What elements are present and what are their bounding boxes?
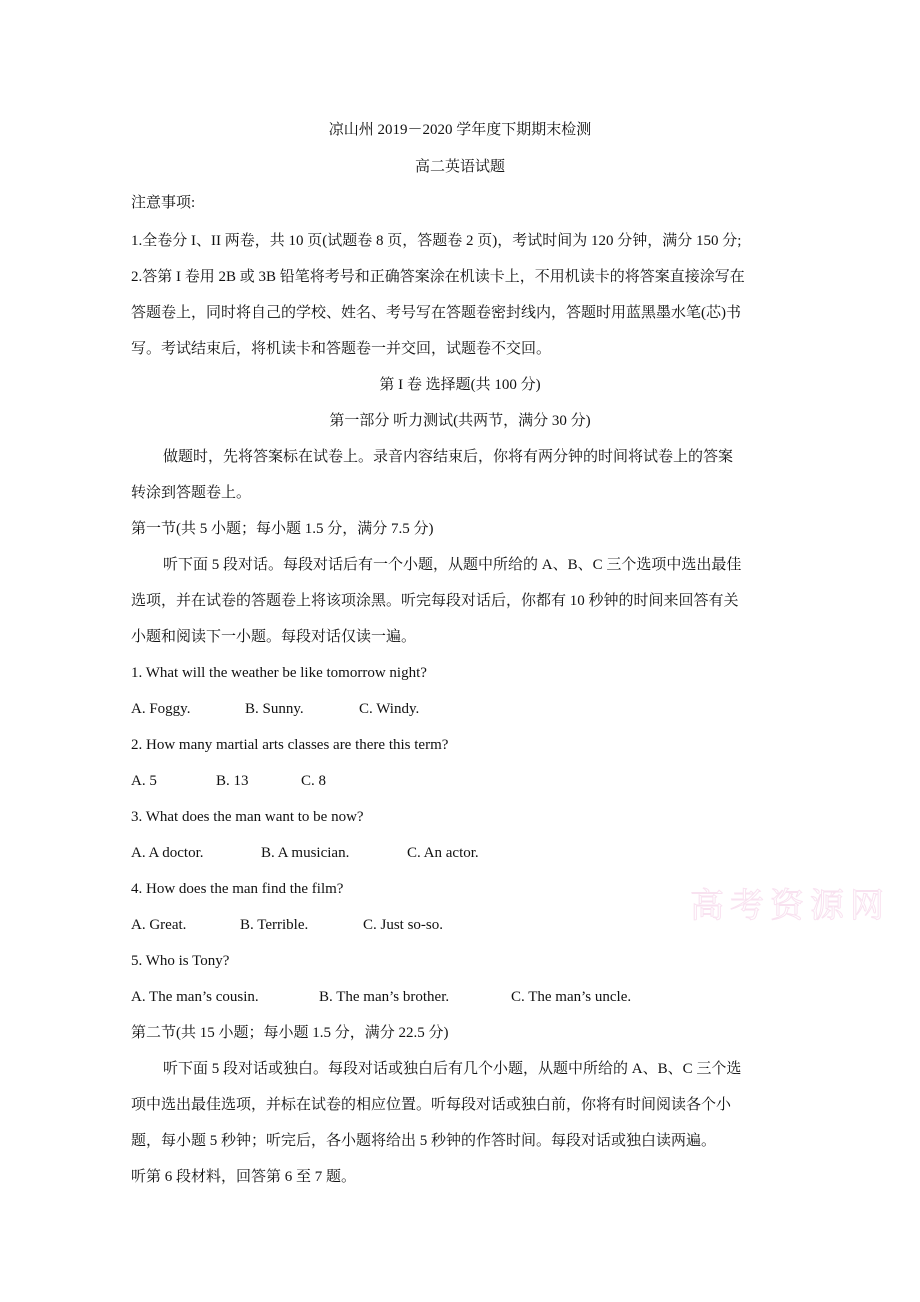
option-a: A. The man’s cousin. (131, 987, 319, 1007)
notes-heading: 注意事项: (131, 193, 195, 213)
option-c: C. The man’s uncle. (511, 987, 631, 1007)
notes-line-3: 答题卷上，同时将自己的学校、姓名、考号写在答题卷密封线内，答题时用蓝黑墨水笔(芯… (131, 303, 741, 323)
notes-line-4: 写。考试结束后，将机读卡和答题卷一并交回，试题卷不交回。 (131, 339, 551, 359)
exam-page: 凉山州 2019－2020 学年度下期期末检测 高二英语试题 注意事项: 1.全… (0, 0, 920, 1302)
option-a: A. Foggy. (131, 699, 245, 719)
question-2-options: A. 5B. 13C. 8 (131, 771, 326, 791)
exam-title: 凉山州 2019－2020 学年度下期期末检测 (0, 120, 920, 140)
question-3: 3. What does the man want to be now? (131, 807, 364, 827)
section2-instruction-1: 听下面 5 段对话或独白。每段对话或独白后有几个小题，从题中所给的 A、B、C … (163, 1059, 741, 1079)
section1-instruction-3: 小题和阅读下一小题。每段对话仅读一遍。 (131, 627, 416, 647)
part1-title: 第一部分 听力测试(共两节，满分 30 分) (0, 411, 920, 431)
question-1-options: A. Foggy.B. Sunny.C. Windy. (131, 699, 419, 719)
option-c: C. Just so-so. (363, 915, 443, 935)
option-b: B. Terrible. (240, 915, 363, 935)
option-a: A. 5 (131, 771, 216, 791)
part1-instruction-1: 做题时，先将答案标在试卷上。录音内容结束后，你将有两分钟的时间将试卷上的答案 (163, 447, 733, 467)
option-b: B. 13 (216, 771, 301, 791)
section2-instruction-2: 项中选出最佳选项，并标在试卷的相应位置。听每段对话或独白前，你将有时间阅读各个小 (131, 1095, 731, 1115)
option-b: B. Sunny. (245, 699, 359, 719)
volume1-title: 第 I 卷 选择题(共 100 分) (0, 375, 920, 395)
option-c: C. Windy. (359, 699, 419, 719)
question-2: 2. How many martial arts classes are the… (131, 735, 448, 755)
question-5-options: A. The man’s cousin.B. The man’s brother… (131, 987, 631, 1007)
question-4: 4. How does the man find the film? (131, 879, 343, 899)
option-b: B. A musician. (261, 843, 407, 863)
section2-instruction-3: 题，每小题 5 秒钟；听完后，各小题将给出 5 秒钟的作答时间。每段对话或独白读… (131, 1131, 716, 1151)
part1-instruction-2: 转涂到答题卷上。 (131, 483, 251, 503)
option-a: A. A doctor. (131, 843, 261, 863)
option-b: B. The man’s brother. (319, 987, 511, 1007)
notes-line-2: 2.答第 I 卷用 2B 或 3B 铅笔将考号和正确答案涂在机读卡上，不用机读卡… (131, 267, 745, 287)
question-5: 5. Who is Tony? (131, 951, 229, 971)
exam-subtitle: 高二英语试题 (0, 157, 920, 177)
section1-title: 第一节(共 5 小题；每小题 1.5 分，满分 7.5 分) (131, 519, 434, 539)
watermark-logo: 高考资源网 (690, 878, 890, 927)
option-c: C. 8 (301, 771, 326, 791)
section1-instruction-2: 选项，并在试卷的答题卷上将该项涂黑。听完每段对话后，你都有 10 秒钟的时间来回… (131, 591, 739, 611)
section1-instruction-1: 听下面 5 段对话。每段对话后有一个小题，从题中所给的 A、B、C 三个选项中选… (163, 555, 741, 575)
question-3-options: A. A doctor.B. A musician.C. An actor. (131, 843, 479, 863)
option-a: A. Great. (131, 915, 240, 935)
question-1: 1. What will the weather be like tomorro… (131, 663, 427, 683)
section2-title: 第二节(共 15 小题；每小题 1.5 分，满分 22.5 分) (131, 1023, 449, 1043)
material-note: 听第 6 段材料，回答第 6 至 7 题。 (131, 1167, 356, 1187)
question-4-options: A. Great.B. Terrible.C. Just so-so. (131, 915, 443, 935)
notes-line-1: 1.全卷分 I、II 两卷，共 10 页(试题卷 8 页，答题卷 2 页)，考试… (131, 231, 741, 251)
option-c: C. An actor. (407, 843, 479, 863)
